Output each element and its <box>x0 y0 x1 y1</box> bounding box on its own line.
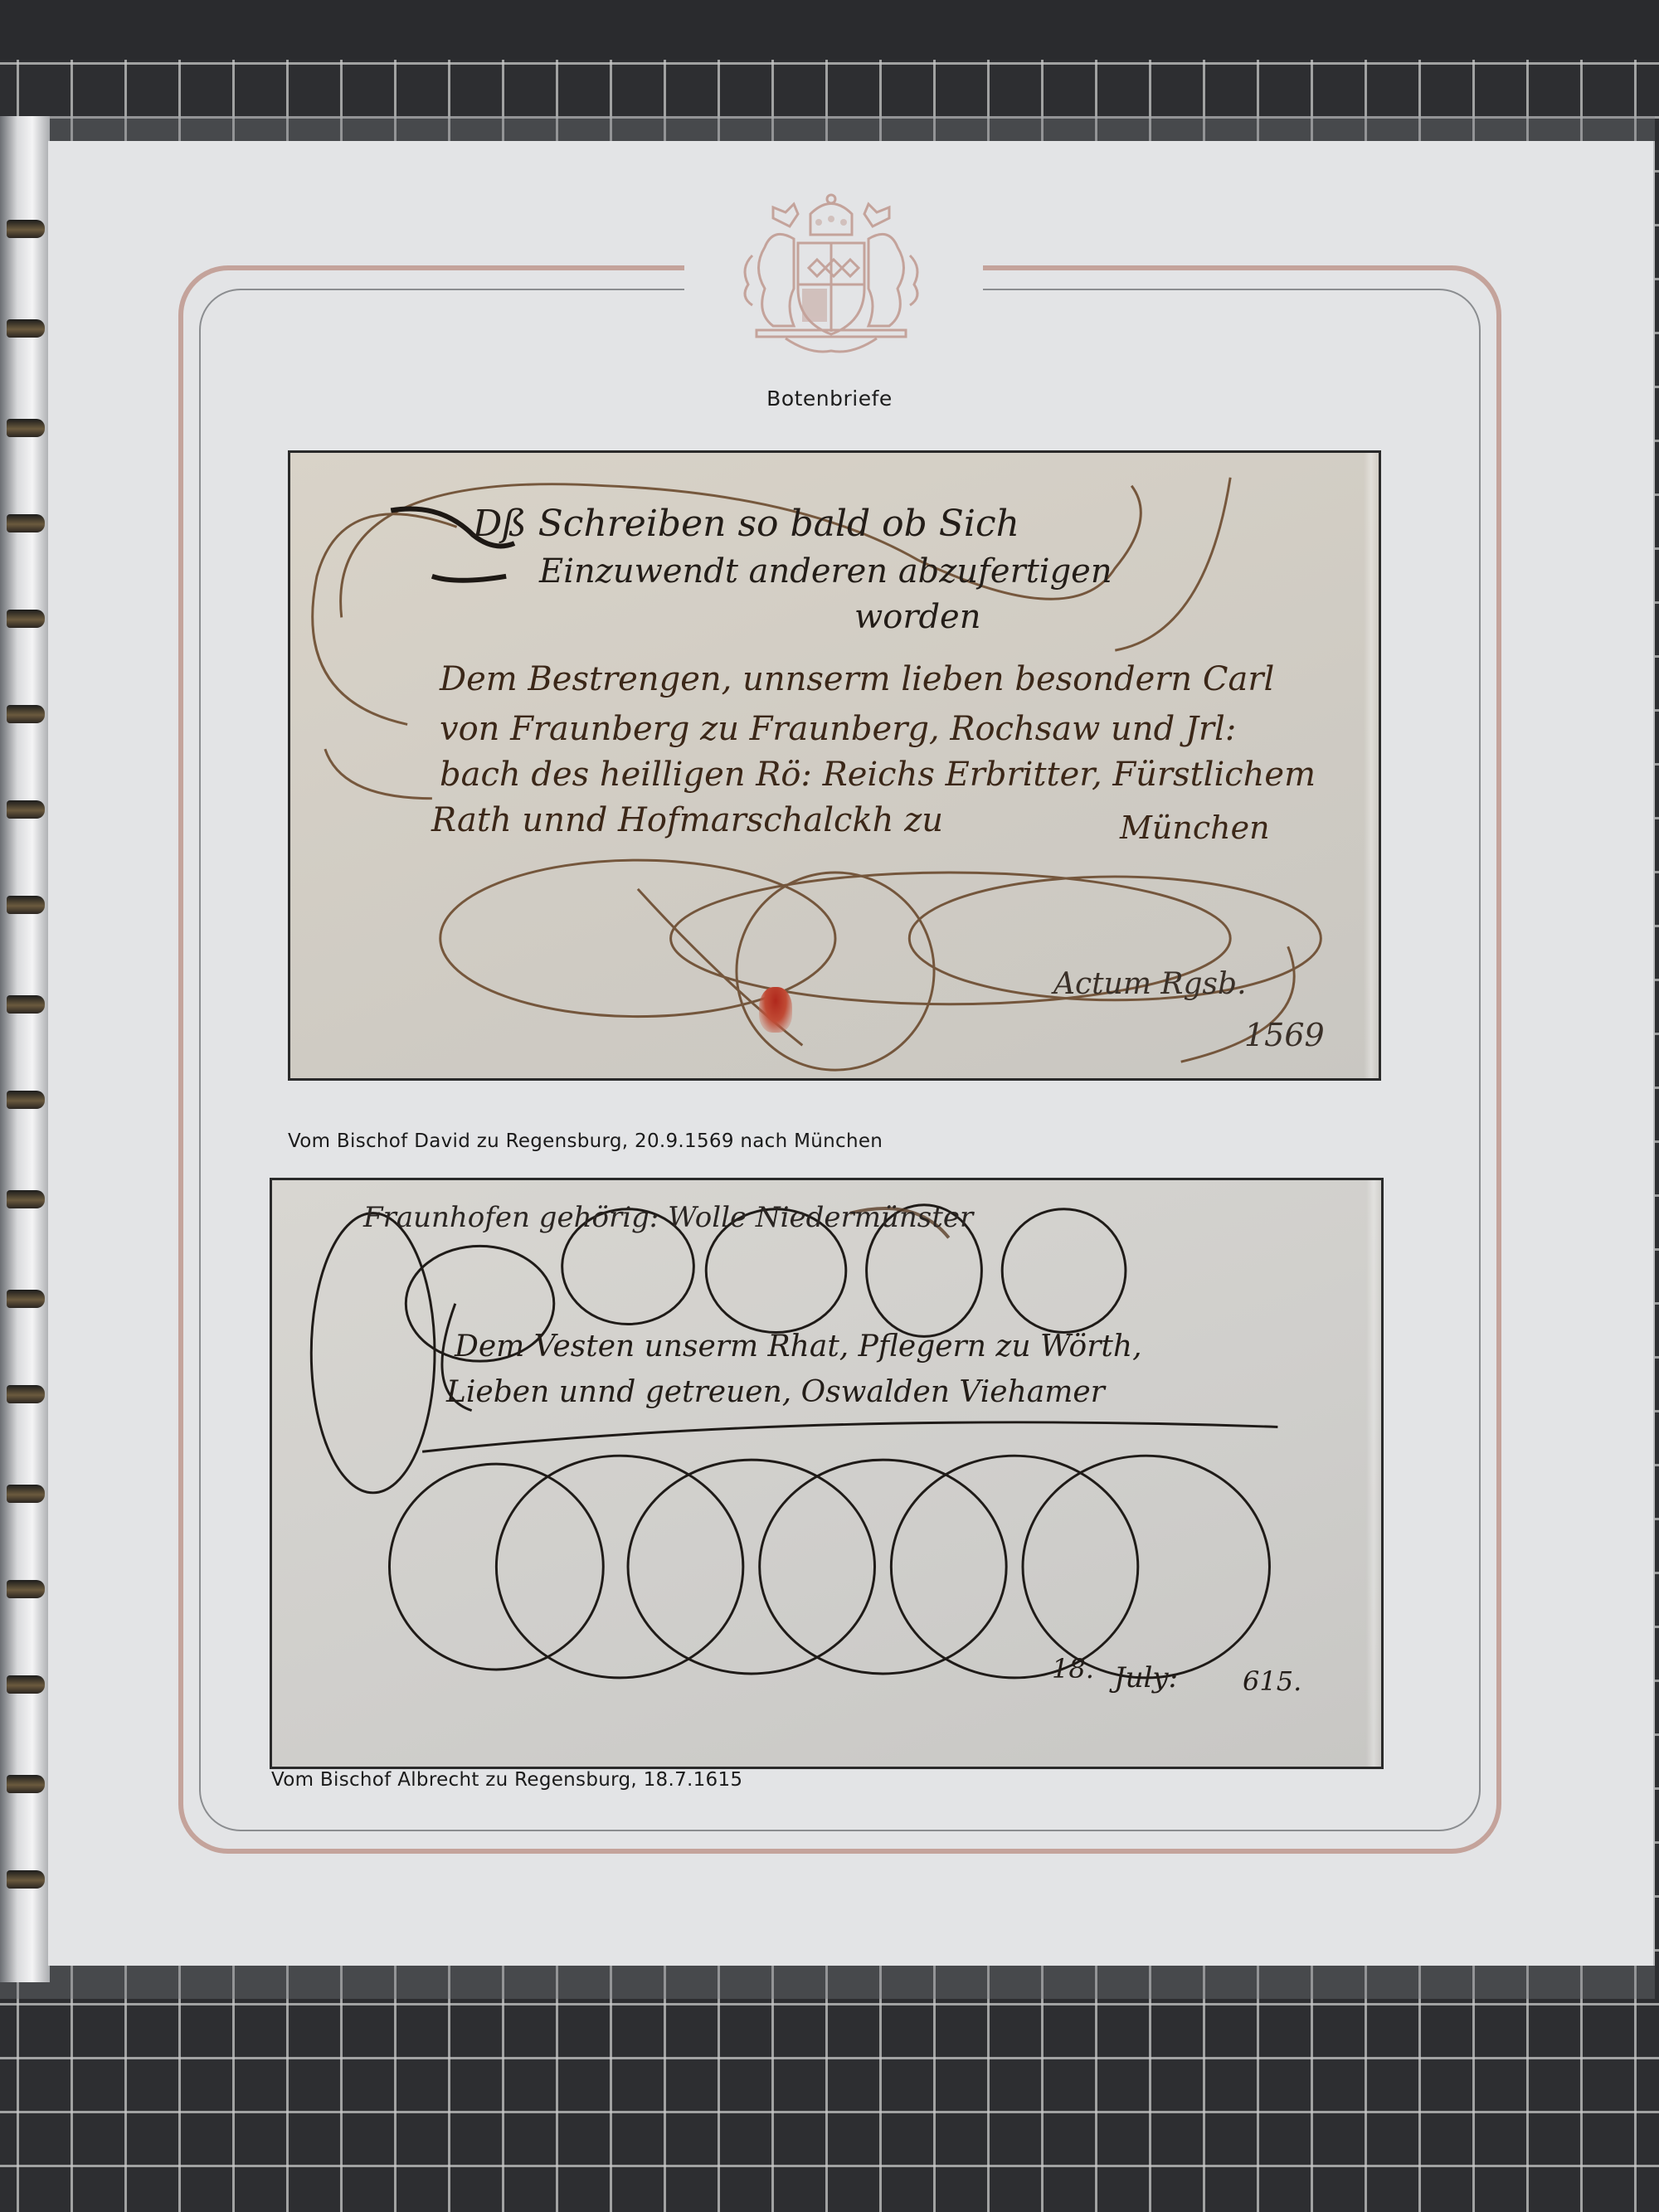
binder-ring-icon <box>7 1675 45 1694</box>
letter-1615: Fraunhofen gehörig: Wolle Niedermünster … <box>270 1178 1384 1769</box>
address-line: von Fraunberg zu Fraunberg, Rochsaw und … <box>440 710 1236 748</box>
binder-ring-icon <box>7 800 45 819</box>
letter-1569: Dß Schreiben so bald ob Sich Einzuwendt … <box>288 450 1381 1081</box>
address-line: bach des heilligen Rö: Reichs Erbritter,… <box>440 756 1316 794</box>
binder-ring-icon <box>7 419 45 437</box>
handwriting-line: Einzuwendt anderen abzufertigen <box>539 552 1112 591</box>
background-top-band <box>0 0 1659 60</box>
binder-ring-icon <box>7 610 45 628</box>
destination: München <box>1120 809 1270 846</box>
binder-ring-icon <box>7 1385 45 1403</box>
address-line: Lieben unnd getreuen, Oswalden Viehamer <box>446 1375 1105 1409</box>
binder-ring-icon <box>7 1870 45 1889</box>
date-day: 18. <box>1052 1653 1094 1685</box>
address-line: Rath unnd Hofmarschalckh zu <box>431 801 943 839</box>
docket-year: 1569 <box>1244 1017 1325 1053</box>
calligraphic-flourishes <box>272 1180 1381 1767</box>
handwriting-line: Dß Schreiben so bald ob Sich <box>473 503 1019 545</box>
address-line: Dem Bestrengen, unnserm lieben besondern… <box>440 660 1274 698</box>
letter-caption: Vom Bischof David zu Regensburg, 20.9.15… <box>288 1130 883 1152</box>
binder-ring-icon <box>7 1775 45 1793</box>
binder-ring-icon <box>7 1485 45 1503</box>
sleeve-glare <box>1366 1180 1381 1767</box>
coat-of-arms-emblem <box>727 189 935 355</box>
coat-of-arms-icon <box>727 189 935 355</box>
red-wax-seal-remnant <box>759 987 792 1033</box>
letter-caption: Vom Bischof Albrecht zu Regensburg, 18.7… <box>271 1769 742 1791</box>
binder-ring-icon <box>7 220 45 238</box>
page-title: Botenbriefe <box>0 386 1659 411</box>
binder-ring-icon <box>7 1290 45 1308</box>
binder-ring-icon <box>7 514 45 532</box>
binder-ring-icon <box>7 995 45 1014</box>
binder-ring-icon <box>7 705 45 723</box>
binder-ring-icon <box>7 1091 45 1109</box>
date-year: 615. <box>1243 1665 1301 1697</box>
binder-ring-icon <box>7 896 45 914</box>
handwriting-header: Fraunhofen gehörig: Wolle Niedermünster <box>363 1201 973 1234</box>
date-month: July: <box>1114 1661 1178 1694</box>
address-line: Dem Vesten unserm Rhat, Pflegern zu Wört… <box>455 1330 1142 1364</box>
binder-ring-icon <box>7 1190 45 1208</box>
handwriting-line: worden <box>854 598 980 636</box>
binder-ring-icon <box>7 1580 45 1598</box>
sleeve-glare <box>1364 453 1379 1078</box>
docket-note: Actum Rgsb. <box>1053 967 1247 1001</box>
binder-ring-icon <box>7 319 45 338</box>
